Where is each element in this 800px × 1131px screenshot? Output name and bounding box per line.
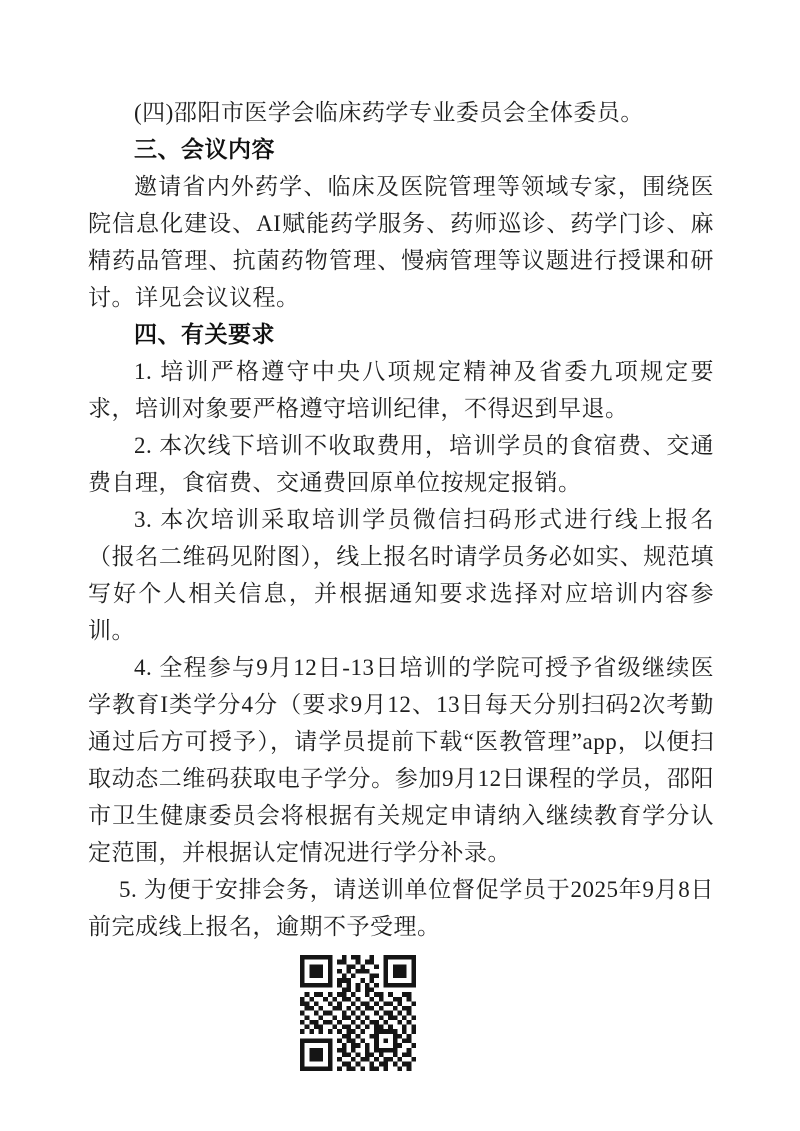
registration-qr-code xyxy=(300,955,416,1071)
document-body: (四)邵阳市医学会临床药学专业委员会全体委员。 三、会议内容 邀请省内外药学、临… xyxy=(88,94,714,1071)
heading-section-4-requirements: 四、有关要求 xyxy=(88,316,714,353)
para-requirement-3: 3. 本次培训采取培训学员微信扫码形式进行线上报名（报名二维码见附图），线上报名… xyxy=(88,501,714,649)
para-requirement-5: 5. 为便于安排会务，请送训单位督促学员于2025年9月8日前完成线上报名，逾期… xyxy=(88,871,714,945)
heading-section-3-meeting-content: 三、会议内容 xyxy=(88,131,714,168)
para-committee-members: (四)邵阳市医学会临床药学专业委员会全体委员。 xyxy=(88,94,714,131)
para-requirement-2: 2. 本次线下培训不收取费用，培训学员的食宿费、交通费自理，食宿费、交通费回原单… xyxy=(88,427,714,501)
para-requirement-1: 1. 培训严格遵守中央八项规定精神及省委九项规定要求，培训对象要严格遵守培训纪律… xyxy=(88,353,714,427)
para-requirement-4: 4. 全程参与9月12日-13日培训的学院可授予省级继续医学教育I类学分4分（要… xyxy=(88,649,714,871)
document-page: (四)邵阳市医学会临床药学专业委员会全体委员。 三、会议内容 邀请省内外药学、临… xyxy=(0,0,800,1131)
para-meeting-content: 邀请省内外药学、临床及医院管理等领域专家，围绕医院信息化建设、AI赋能药学服务、… xyxy=(88,168,714,316)
